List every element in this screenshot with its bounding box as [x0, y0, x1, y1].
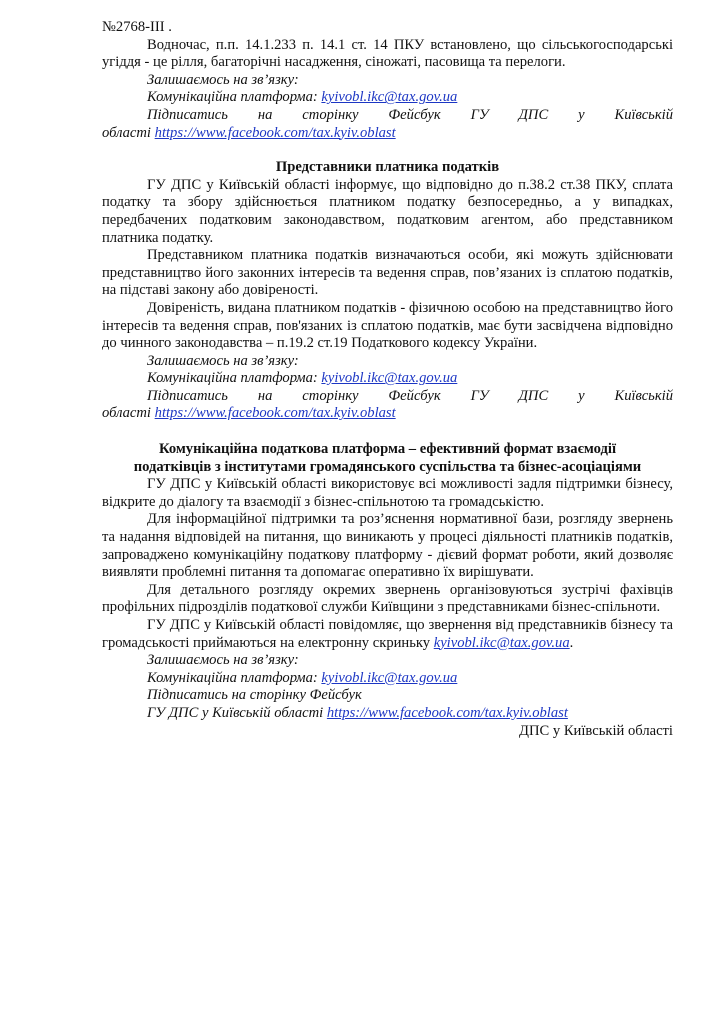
platform-line: Комунікаційна платформа: kyivobl.ikc@tax…: [102, 370, 673, 388]
platform-label: Комунікаційна платформа:: [147, 670, 321, 686]
section1-paragraph: Представником платника податків визначаю…: [102, 247, 673, 300]
section-title-representatives: Представники платника податків: [102, 159, 673, 177]
facebook-line: області https://www.facebook.com/tax.kyi…: [102, 125, 673, 143]
stay-in-touch-label: Залишаємось на зв’язку:: [102, 652, 673, 670]
title-line-2: податківців з інститутами громадянського…: [134, 459, 641, 475]
title-line-1: Комунікаційна податкова платформа – ефек…: [159, 441, 616, 457]
signature: ДПС у Київській області: [102, 723, 673, 741]
email-paragraph-text: ГУ ДПС у Київській області повідомляє, щ…: [102, 617, 673, 651]
facebook-line: області https://www.facebook.com/tax.kyi…: [102, 405, 673, 423]
email-paragraph: ГУ ДПС у Київській області повідомляє, щ…: [102, 617, 673, 652]
platform-line: Комунікаційна платформа: kyivobl.ikc@tax…: [102, 89, 673, 107]
facebook-link[interactable]: https://www.facebook.com/tax.kyiv.oblast: [155, 405, 396, 421]
stay-in-touch-label: Залишаємось на зв’язку:: [102, 72, 673, 90]
email-link[interactable]: kyivobl.ikc@tax.gov.ua: [321, 670, 457, 686]
section1-paragraph: Довіреність, видана платником податків -…: [102, 300, 673, 353]
document-page: №2768-ІІІ . Водночас, п.п. 14.1.233 п. 1…: [102, 19, 673, 740]
email-link[interactable]: kyivobl.ikc@tax.gov.ua: [321, 89, 457, 105]
region-label: області: [102, 125, 155, 141]
law-reference: №2768-ІІІ .: [102, 19, 673, 37]
subscribe-line: Підписатись на сторінку Фейсбук: [102, 687, 673, 705]
platform-label: Комунікаційна платформа:: [147, 89, 321, 105]
region-label: ГУ ДПС у Київській області: [147, 705, 327, 721]
intro-paragraph: Водночас, п.п. 14.1.233 п. 14.1 ст. 14 П…: [102, 37, 673, 72]
facebook-link[interactable]: https://www.facebook.com/tax.kyiv.oblast: [155, 125, 396, 141]
email-paragraph-suffix: .: [570, 635, 574, 651]
platform-label: Комунікаційна платформа:: [147, 370, 321, 386]
section-title-communication-platform: Комунікаційна податкова платформа – ефек…: [102, 441, 673, 476]
section2-paragraph: ГУ ДПС у Київській області використовує …: [102, 476, 673, 511]
stay-in-touch-label: Залишаємось на зв’язку:: [102, 353, 673, 371]
platform-line: Комунікаційна платформа: kyivobl.ikc@tax…: [102, 670, 673, 688]
section2-paragraph: Для інформаційної підтримки та роз’яснен…: [102, 511, 673, 581]
subscribe-line: Підписатись на сторінку Фейсбук ГУ ДПС у…: [102, 388, 673, 406]
email-link[interactable]: kyivobl.ikc@tax.gov.ua: [321, 370, 457, 386]
section2-paragraph: Для детального розгляду окремих звернень…: [102, 582, 673, 617]
facebook-line: ГУ ДПС у Київській області https://www.f…: [102, 705, 673, 723]
email-link[interactable]: kyivobl.ikc@tax.gov.ua: [434, 635, 570, 651]
facebook-link[interactable]: https://www.facebook.com/tax.kyiv.oblast: [327, 705, 568, 721]
subscribe-line: Підписатись на сторінку Фейсбук ГУ ДПС у…: [102, 107, 673, 125]
section1-paragraph: ГУ ДПС у Київській області інформує, що …: [102, 177, 673, 247]
region-label: області: [102, 405, 155, 421]
